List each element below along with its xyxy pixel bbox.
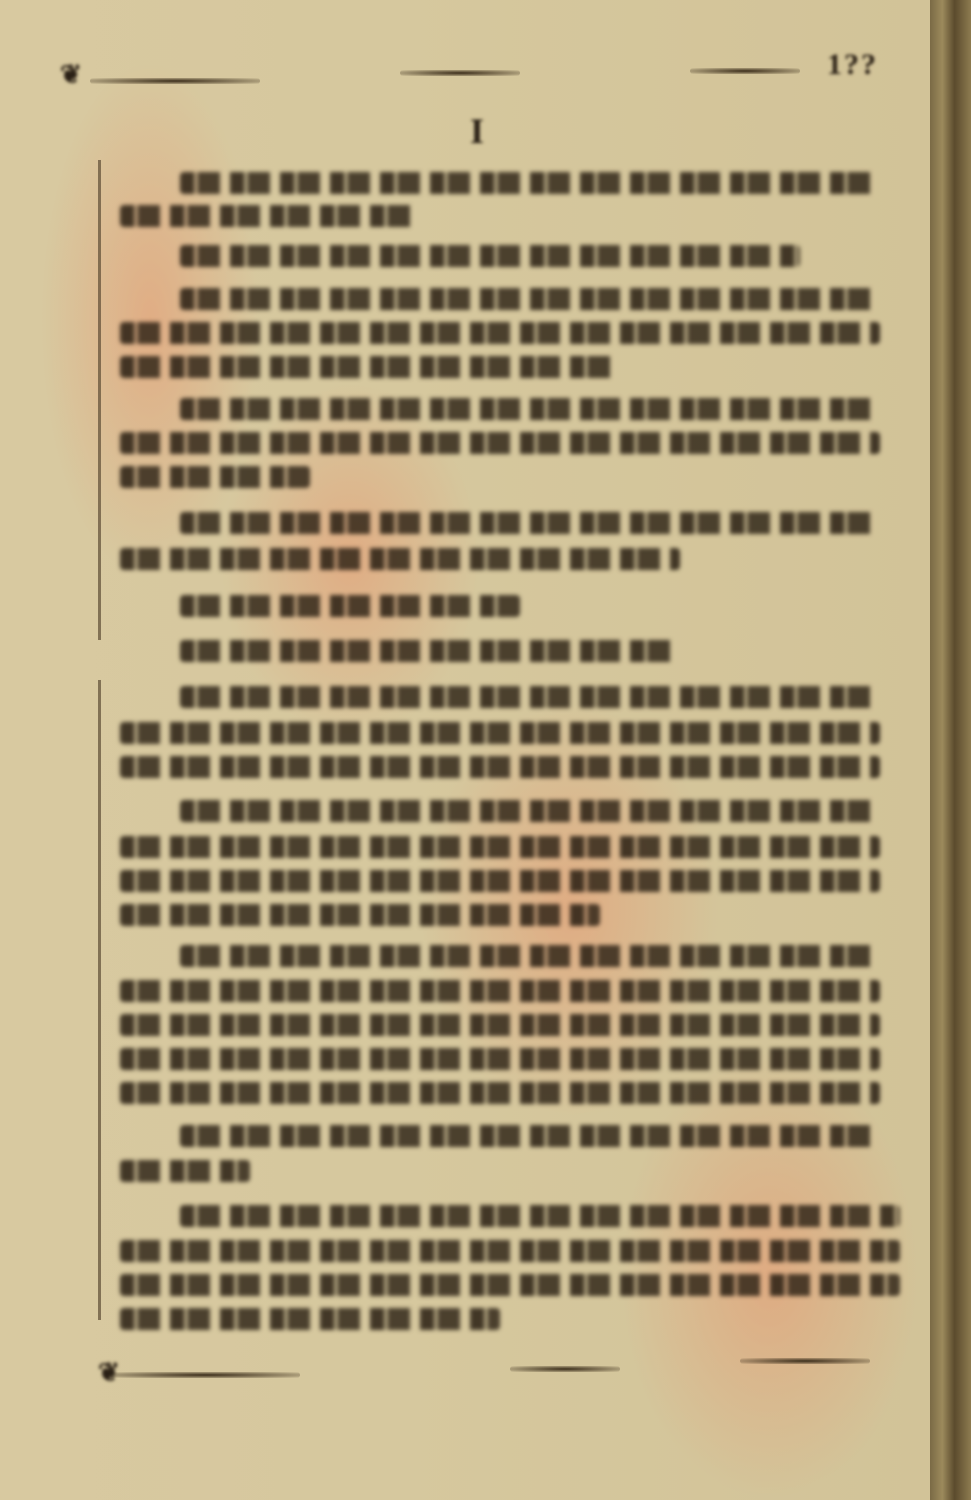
text-line — [120, 1048, 880, 1070]
book-spine-edge — [930, 0, 971, 1500]
text-line — [120, 1160, 250, 1182]
corner-ornament: ❦ — [60, 60, 82, 90]
bottom-border-rule — [740, 1358, 870, 1364]
text-line — [180, 800, 880, 822]
text-line — [120, 1308, 500, 1330]
text-line — [120, 432, 880, 454]
text-line — [120, 870, 880, 892]
text-line — [120, 466, 310, 488]
text-line — [120, 1274, 900, 1296]
text-line — [120, 980, 880, 1002]
text-line — [180, 1125, 880, 1147]
text-line — [120, 1014, 880, 1036]
text-line — [120, 722, 880, 744]
text-line — [180, 1205, 900, 1227]
text-line — [180, 640, 680, 662]
text-line — [180, 245, 800, 267]
text-line — [120, 1082, 880, 1104]
bottom-border-rule — [110, 1372, 300, 1378]
left-border-rule — [98, 680, 101, 1320]
text-line — [120, 756, 880, 778]
book-page: ❦ 1?? I — [0, 0, 930, 1500]
left-border-rule — [98, 160, 101, 640]
top-border-rule — [400, 70, 520, 76]
text-line — [180, 595, 520, 617]
text-line — [120, 548, 680, 570]
bottom-border-rule — [510, 1366, 620, 1372]
text-line — [120, 836, 880, 858]
text-line — [180, 288, 880, 310]
text-line — [120, 356, 620, 378]
text-line — [180, 512, 880, 534]
text-line — [180, 172, 880, 194]
text-line — [120, 1240, 900, 1262]
text-line — [120, 205, 420, 227]
text-line — [180, 945, 880, 967]
page-number: 1?? — [827, 48, 878, 82]
corner-ornament: ❦ — [98, 1358, 120, 1388]
top-border-rule — [90, 78, 260, 84]
text-line — [120, 322, 880, 344]
section-heading: I — [470, 110, 484, 152]
text-line — [180, 686, 880, 708]
text-line — [180, 398, 880, 420]
top-border-rule — [690, 68, 800, 74]
text-line — [120, 904, 600, 926]
